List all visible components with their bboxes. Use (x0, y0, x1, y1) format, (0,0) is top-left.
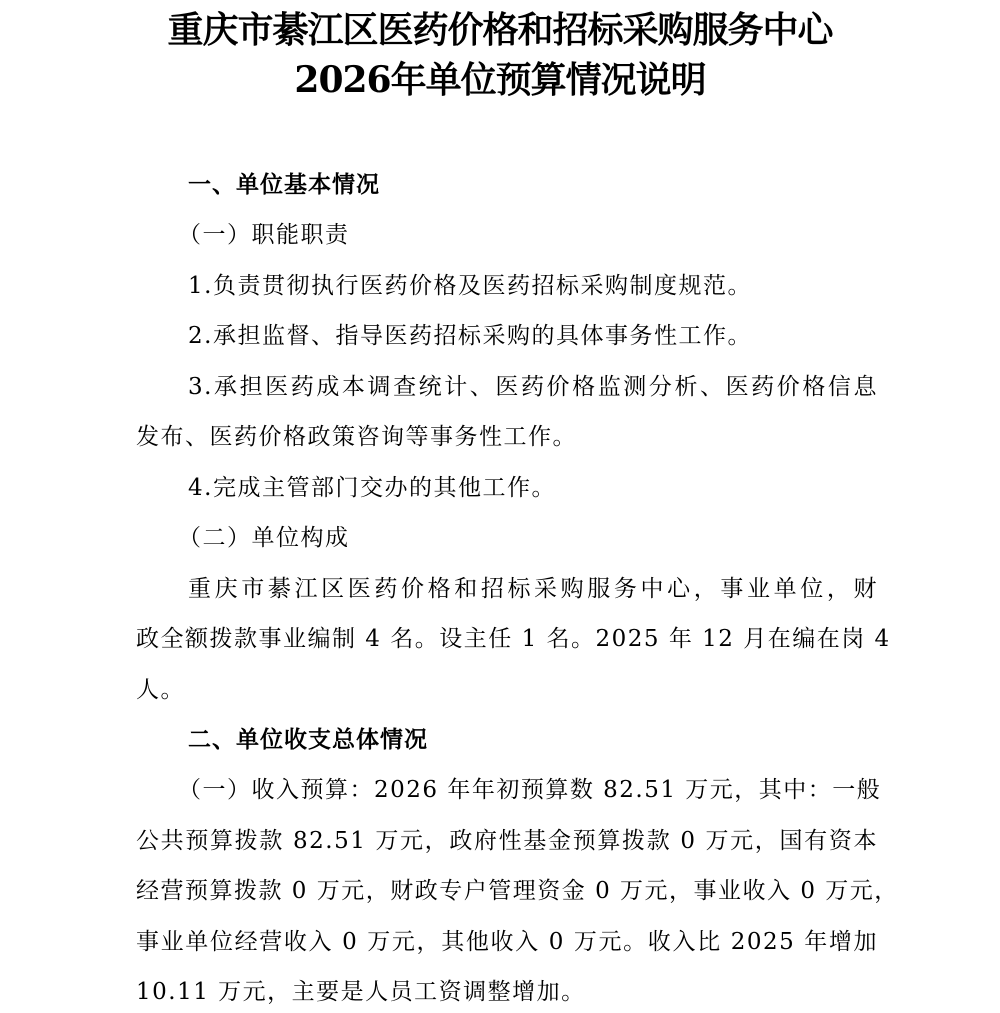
composition-line-2: 政全额拨款事业编制 4 名。设主任 1 名。2025 年 12 月在编在岗 4 (136, 624, 878, 654)
composition-line-3: 人。 (136, 675, 185, 705)
subsection-duties-heading: （一）职能职责 (178, 220, 350, 250)
duty-item-3-line1: 3.承担医药成本调查统计、医药价格监测分析、医药价格信息 (188, 372, 878, 402)
section2-heading: 二、单位收支总体情况 (188, 725, 428, 755)
duty-item-3-line2: 发布、医药价格政策咨询等事务性工作。 (136, 422, 577, 452)
income-line-5: 10.11 万元，主要是人员工资调整增加。 (136, 977, 586, 1007)
composition-line-1: 重庆市綦江区医药价格和招标采购服务中心，事业单位，财 (188, 574, 878, 604)
income-line-4: 事业单位经营收入 0 万元，其他收入 0 万元。收入比 2025 年增加 (136, 927, 878, 957)
document-title-line2: 2026年单位预算情况说明 (0, 58, 1000, 102)
income-line-1: （一）收入预算：2026 年年初预算数 82.51 万元，其中：一般 (178, 775, 878, 805)
document-title-line1: 重庆市綦江区医药价格和招标采购服务中心 (0, 8, 1000, 52)
subsection-composition-heading: （二）单位构成 (178, 523, 350, 553)
income-line-2: 公共预算拨款 82.51 万元，政府性基金预算拨款 0 万元，国有资本 (136, 826, 878, 856)
duty-item-4: 4.完成主管部门交办的其他工作。 (188, 473, 556, 503)
income-line-3: 经营预算拨款 0 万元，财政专户管理资金 0 万元，事业收入 0 万元， (136, 876, 888, 906)
section1-heading: 一、单位基本情况 (188, 170, 380, 200)
duty-item-1: 1.负责贯彻执行医药价格及医药招标采购制度规范。 (188, 271, 752, 301)
duty-item-2: 2.承担监督、指导医药招标采购的具体事务性工作。 (188, 321, 752, 351)
